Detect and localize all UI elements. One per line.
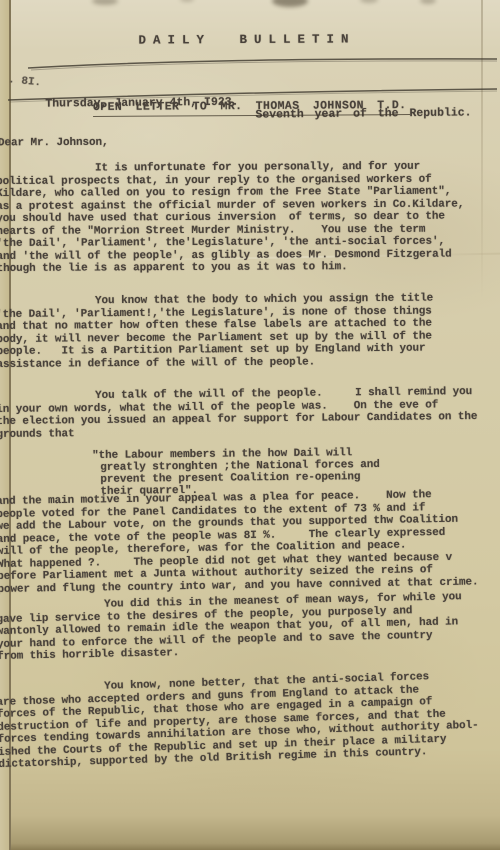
- headline: OPEN LETTER TO MR. THOMAS JOHNSON T.D.: [93, 99, 411, 117]
- paragraph-5: You did this in the meanest of mean ways…: [0, 590, 500, 663]
- top-smudge: [360, 0, 378, 3]
- top-smudge: [420, 0, 436, 4]
- issue-number: . 8I.: [8, 74, 42, 89]
- text-line: 'the Dail', 'Parliament', the'Legislatur…: [0, 235, 500, 250]
- paragraph-1: It is unfortunate for you personally, an…: [0, 160, 500, 275]
- text-line: you should have used that curious invers…: [0, 210, 500, 225]
- text-line: and 'the will of the people', as glibly …: [0, 247, 500, 262]
- paragraph-4: and the main motive in your appeal was a…: [0, 488, 500, 596]
- salutation: Dear Mr. Johnson,: [0, 135, 500, 150]
- paragraph-6: You know, none better, that the anti-soc…: [0, 668, 500, 771]
- top-smudge: [92, 0, 118, 5]
- document-page: DAILY BULLETIN . 8I. Thursday, January 4…: [0, 0, 500, 850]
- paragraph-2: You know that the body to which you assi…: [0, 292, 500, 371]
- masthead-title: DAILY BULLETIN: [0, 32, 500, 49]
- letter-body: Dear Mr. Johnson, It is unfortunate for …: [0, 136, 500, 771]
- top-smudge: [180, 0, 194, 2]
- text-line: Kildare, who called on you to resign fro…: [0, 185, 500, 200]
- top-smudge: [272, 0, 308, 7]
- paragraph-3: You talk of the will of the people. I sh…: [0, 386, 500, 441]
- text-line: though the lie is as apparent to you as …: [0, 260, 500, 275]
